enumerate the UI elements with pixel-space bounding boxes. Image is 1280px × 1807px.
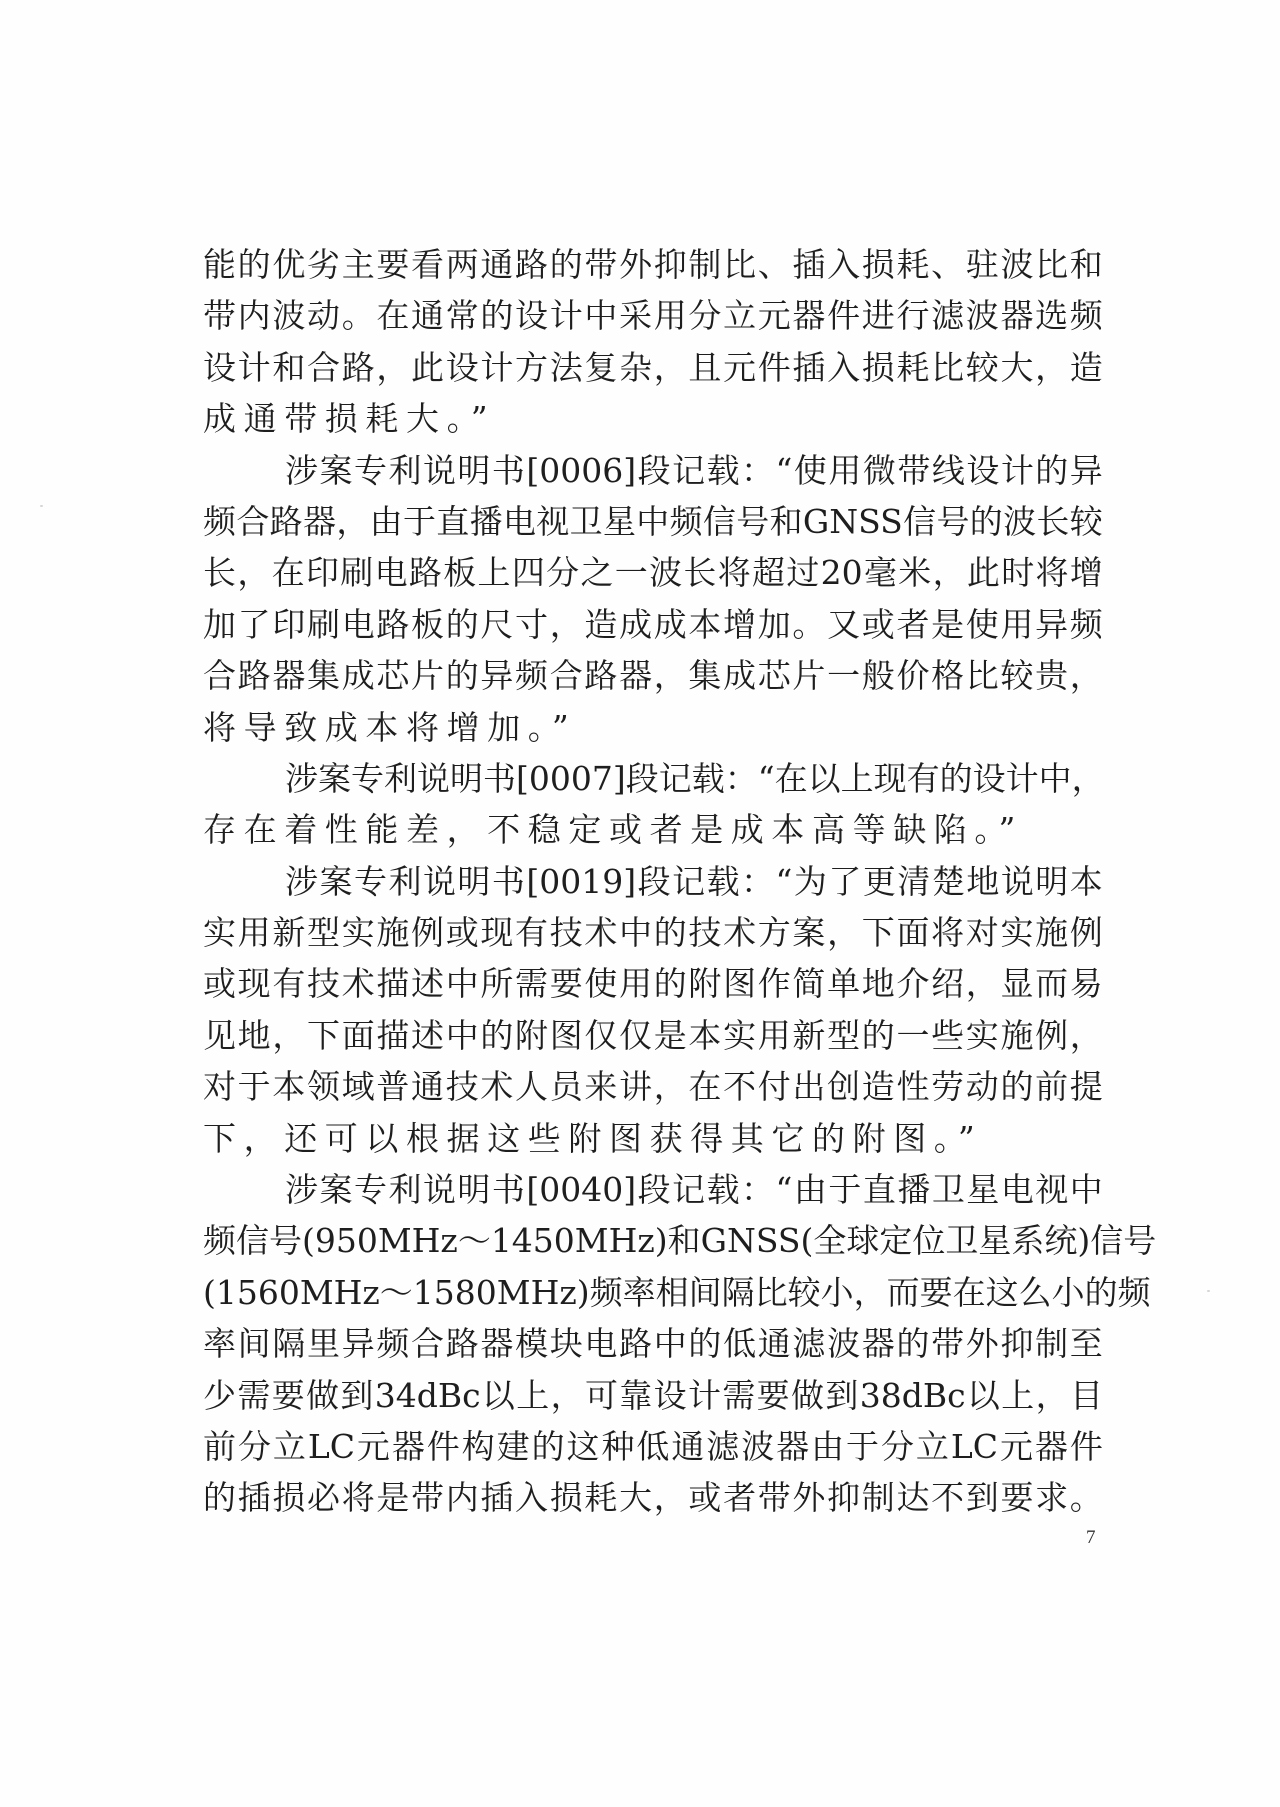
text-line: 前分立LC元器件构建的这种低通滤波器由于分立LC元器件 <box>203 1421 1103 1472</box>
paragraph-0007: 涉案专利说明书[0007]段记载：“在以上现有的设计中， 存在着性能差，不稳定或… <box>203 753 1103 856</box>
text-line: 设计和合路，此设计方法复杂，且元件插入损耗比较大，造 <box>203 342 1103 393</box>
text-line: 频合路器，由于直播电视卫星中频信号和GNSS信号的波长较 <box>203 496 1103 547</box>
text-line: 成通带损耗大。” <box>203 393 1103 444</box>
paragraph-continuation: 能的优劣主要看两通路的带外抑制比、插入损耗、驻波比和 带内波动。在通常的设计中采… <box>203 239 1103 445</box>
document-page: 能的优劣主要看两通路的带外抑制比、插入损耗、驻波比和 带内波动。在通常的设计中采… <box>0 0 1280 1807</box>
scan-speck <box>40 505 43 507</box>
text-line: 涉案专利说明书[0006]段记载：“使用微带线设计的异 <box>203 445 1103 496</box>
text-line: 率间隔里异频合路器模块电路中的低通滤波器的带外抑制至 <box>203 1318 1103 1369</box>
text-line: 涉案专利说明书[0007]段记载：“在以上现有的设计中， <box>203 753 1103 804</box>
text-line: 存在着性能差，不稳定或者是成本高等缺陷。” <box>203 804 1103 855</box>
text-line: 对于本领域普通技术人员来讲，在不付出创造性劳动的前提 <box>203 1061 1103 1112</box>
text-line: 涉案专利说明书[0019]段记载：“为了更清楚地说明本 <box>203 856 1103 907</box>
text-line: 将导致成本将增加。” <box>203 702 1103 753</box>
text-line: (1560MHz～1580MHz)频率相间隔比较小，而要在这么小的频 <box>203 1267 1103 1318</box>
text-line: 实用新型实施例或现有技术中的技术方案，下面将对实施例 <box>203 907 1103 958</box>
text-line: 见地，下面描述中的附图仅仅是本实用新型的一些实施例， <box>203 1010 1103 1061</box>
text-line: 合路器集成芯片的异频合路器，集成芯片一般价格比较贵， <box>203 650 1103 701</box>
text-line: 能的优劣主要看两通路的带外抑制比、插入损耗、驻波比和 <box>203 239 1103 290</box>
paragraph-0040: 涉案专利说明书[0040]段记载：“由于直播卫星电视中 频信号(950MHz～1… <box>203 1164 1103 1524</box>
paragraph-0019: 涉案专利说明书[0019]段记载：“为了更清楚地说明本 实用新型实施例或现有技术… <box>203 856 1103 1164</box>
scan-speck <box>1207 1290 1210 1292</box>
text-line: 涉案专利说明书[0040]段记载：“由于直播卫星电视中 <box>203 1164 1103 1215</box>
text-line: 少需要做到34dBc以上，可靠设计需要做到38dBc以上，目 <box>203 1370 1103 1421</box>
text-line: 频信号(950MHz～1450MHz)和GNSS(全球定位卫星系统)信号 <box>203 1215 1103 1266</box>
body-text: 能的优劣主要看两通路的带外抑制比、插入损耗、驻波比和 带内波动。在通常的设计中采… <box>203 239 1103 1524</box>
text-line: 带内波动。在通常的设计中采用分立元器件进行滤波器选频 <box>203 290 1103 341</box>
page-number: 7 <box>1086 1527 1096 1549</box>
text-line: 加了印刷电路板的尺寸，造成成本增加。又或者是使用异频 <box>203 599 1103 650</box>
text-line: 长，在印刷电路板上四分之一波长将超过20毫米，此时将增 <box>203 547 1103 598</box>
text-line: 或现有技术描述中所需要使用的附图作简单地介绍，显而易 <box>203 958 1103 1009</box>
paragraph-0006: 涉案专利说明书[0006]段记载：“使用微带线设计的异 频合路器，由于直播电视卫… <box>203 445 1103 753</box>
text-line: 的插损必将是带内插入损耗大，或者带外抑制达不到要求。 <box>203 1472 1103 1523</box>
text-line: 下，还可以根据这些附图获得其它的附图。” <box>203 1113 1103 1164</box>
